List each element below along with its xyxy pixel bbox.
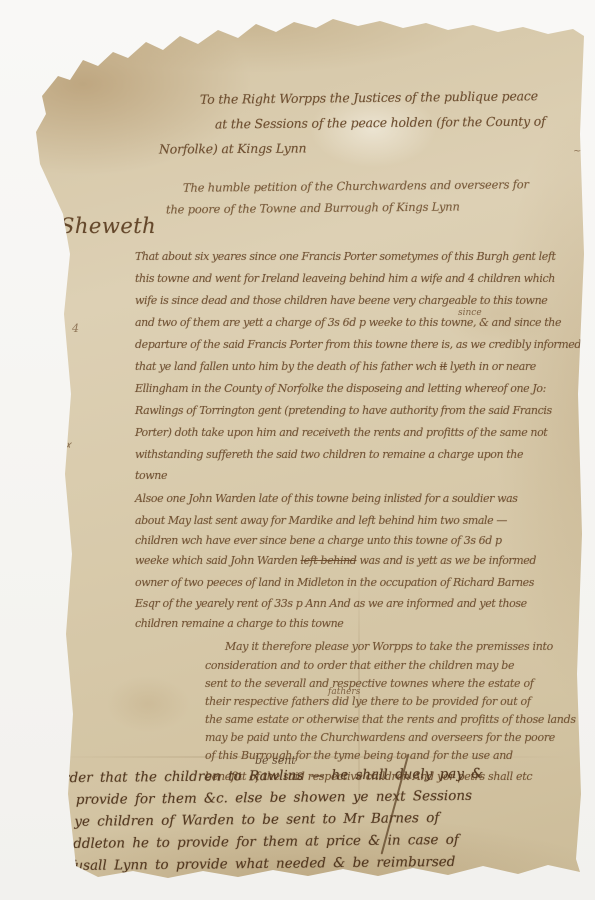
order-line: to provide for them &c. else be showen y…: [55, 788, 472, 808]
sheweth-heading: Sheweth: [60, 214, 156, 238]
body-line: towne: [135, 469, 167, 482]
prayer-line: their respective fathers did lye there t…: [205, 695, 531, 708]
interline-insertion: fathers: [328, 687, 360, 697]
strikethrough-text: left behind: [301, 554, 357, 567]
body-line: that ye land fallen unto him by the deat…: [135, 360, 536, 373]
body-line: children wch have ever since bene a char…: [135, 534, 502, 547]
body-text: that ye land fallen unto him by the deat…: [135, 360, 440, 373]
body-line: Alsoe one John Warden late of this towne…: [135, 492, 518, 505]
prayer-line: sent to the severall and respective town…: [205, 677, 534, 690]
body-line: owner of two peeces of land in Midleton …: [135, 576, 534, 589]
order-line: Middleton he to provide for them at pric…: [55, 832, 459, 852]
body-line: and two of them are yett a charge of 3s …: [135, 316, 561, 329]
body-line: wife is since dead and those children ha…: [135, 294, 547, 307]
body-line: Porter) doth take upon him and receiveth…: [135, 426, 547, 439]
header-line: To the Right Worpps the Justices of the …: [200, 88, 538, 107]
body-line: withstanding suffereth the said two chil…: [135, 448, 523, 461]
prayer-line: may be paid unto the Churchwardens and o…: [205, 731, 555, 744]
body-line: weeke which said John Warden left behind…: [135, 554, 536, 567]
body-line: this towne and went for Ireland leaveing…: [135, 272, 555, 285]
body-line: Ellingham in the County of Norfolke the …: [135, 382, 546, 395]
prayer-line: consideration and to order that either t…: [205, 659, 514, 672]
petition-line: The humble petition of the Churchwardens…: [183, 177, 529, 195]
order-line: order that the children to Rawlins — he …: [55, 766, 483, 786]
margin-numeral: 4: [72, 322, 79, 335]
body-line: about May last sent away for Mardike and…: [135, 514, 507, 527]
header-line: at the Sessions of the peace holden (for…: [215, 114, 546, 132]
body-line: departure of the said Francis Porter fro…: [135, 338, 584, 351]
petition-line: the poore of the Towne and Burrough of K…: [166, 199, 460, 216]
order-line: & ye children of Warden to be sent to Mr…: [55, 810, 440, 830]
order-line: refusall Lynn to provide what needed & b…: [55, 854, 456, 874]
interline-insertion: be sent: [255, 754, 296, 767]
prayer-line: May it therefore please yor Worpps to ta…: [225, 640, 553, 653]
body-line: Rawlings of Torrington gent (pretending …: [135, 404, 552, 417]
prayer-line: the same estate or otherwise that the re…: [205, 713, 576, 726]
paper-sheet: To the Right Worpps the Justices of the …: [28, 14, 588, 880]
body-text: lyeth in or neare: [447, 360, 536, 373]
prayer-line: of this Burrough for the tyme being to a…: [205, 749, 513, 762]
body-text: weeke which said John Warden: [135, 554, 301, 567]
header-line: Norfolke) at Kings Lynn: [159, 140, 306, 156]
body-line: children remaine a charge to this towne: [135, 617, 343, 630]
body-text: was and is yett as we be informed: [356, 554, 536, 567]
strikethrough-text: it: [440, 360, 447, 373]
interline-insertion: since: [458, 308, 482, 318]
body-line: Esqr of the yearely rent of 33s p Ann An…: [135, 597, 527, 610]
body-line: That about six yeares since one Francis …: [135, 250, 556, 263]
